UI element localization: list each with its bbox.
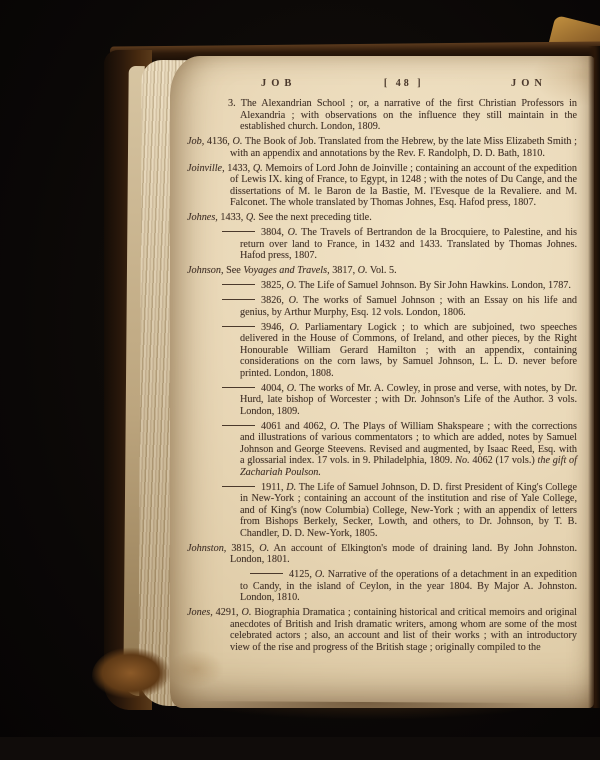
ditto-dash-icon [250, 573, 283, 574]
entry-text: 3946, [261, 322, 289, 333]
entry-italic-text: O. [288, 227, 298, 238]
ditto-dash-icon [222, 425, 255, 426]
ditto-dash-icon [222, 387, 255, 388]
book-bottom-shadow [150, 701, 582, 725]
catalog-entry: Job, 4136, O. The Book of Job. Translate… [187, 136, 577, 159]
entry-text: 1433, [218, 212, 246, 223]
entry-italic-text: O. [287, 383, 297, 394]
entry-text: 3817, [330, 265, 358, 276]
book-page: JOB [ 48 ] JON 3. The Alexandrian School… [170, 56, 594, 708]
entry-italic-text: Voyages and Travels, [243, 265, 329, 276]
entry-italic-text: O. [289, 322, 299, 333]
entry-text: 3825, [261, 280, 286, 291]
entry-text: 3826, [261, 295, 289, 306]
entry-text: 4136, [204, 136, 232, 147]
entry-italic-text: O. [315, 569, 325, 580]
ditto-dash-icon [222, 299, 255, 300]
catalog-entry: 3804, O. The Travels of Bertrandon de la… [187, 227, 577, 262]
entry-text: Memoirs of Lord John de Joinville ; cont… [230, 163, 577, 209]
running-head-left: JOB [261, 78, 296, 89]
entry-text: The Life of Samuel Johnson. By Sir John … [296, 280, 571, 291]
page-number: [ 48 ] [384, 78, 424, 89]
entry-text: 4125, [289, 569, 315, 580]
entry-text: See the next preceding title. [256, 212, 372, 223]
catalog-entry: Jones, 4291, O. Biographia Dramatica ; c… [187, 607, 577, 653]
catalog-entry: 3825, O. The Life of Samuel Johnson. By … [187, 280, 577, 292]
entry-text: 4291, [213, 607, 242, 618]
running-head-right: JON [511, 78, 547, 89]
ditto-dash-icon [222, 231, 255, 232]
page-gutter-shadow [588, 46, 600, 708]
catalog-entry: Johnson, See Voyages and Travels, 3817, … [187, 265, 577, 277]
entry-italic-text: O. [259, 543, 269, 554]
catalog-entry: 3. The Alexandrian School ; or, a narrat… [187, 98, 577, 133]
ditto-dash-icon [222, 326, 255, 327]
entry-italic-text: O. [286, 280, 296, 291]
cover-corner-wear [92, 646, 178, 706]
entry-italic-text: O. [233, 136, 243, 147]
entry-italic-text: Johnston, [187, 543, 226, 554]
entry-italic-text: Jones, [187, 607, 213, 618]
entry-italic-text: O. [242, 607, 252, 618]
ditto-dash-icon [222, 486, 255, 487]
entry-text: 3815, [226, 543, 259, 554]
entry-italic-text: Johnes, [187, 212, 218, 223]
catalog-entry: Johnston, 3815, O. An account of Elkingt… [187, 543, 577, 566]
entry-text: Vol. 5. [368, 265, 397, 276]
catalog-entry: 4125, O. Narrative of the operations of … [187, 569, 577, 604]
entry-text: An account of Elkington's mode of draini… [230, 543, 577, 566]
entry-text: See [224, 265, 244, 276]
entry-text: 4062 (17 vols.) [470, 455, 538, 466]
table-edge [0, 737, 600, 760]
entry-italic-text: O. [289, 295, 299, 306]
catalog-entry: 3826, O. The works of Samuel Johnson ; w… [187, 295, 577, 318]
entry-text: 1433, [225, 163, 253, 174]
catalog-entry: 3946, O. Parliamentary Logick ; to which… [187, 322, 577, 380]
entry-text: 1911, [261, 482, 286, 493]
entries-list: 3. The Alexandrian School ; or, a narrat… [187, 98, 577, 653]
entry-italic-text: O. [330, 421, 340, 432]
catalog-entry: Johnes, 1433, Q. See the next preceding … [187, 212, 577, 224]
catalog-entry: Joinville, 1433, Q. Memoirs of Lord John… [187, 163, 577, 209]
ditto-dash-icon [222, 284, 255, 285]
entry-text: 4004, [261, 383, 287, 394]
catalog-entry: 4061 and 4062, O. The Plays of William S… [187, 421, 577, 479]
entry-italic-text: No. [455, 455, 469, 466]
entry-text: 4061 and 4062, [261, 421, 330, 432]
entry-italic-text: Johnson, [187, 265, 224, 276]
photo-backdrop: JOB [ 48 ] JON 3. The Alexandrian School… [0, 0, 600, 760]
entry-italic-text: Joinville, [187, 163, 225, 174]
entry-text: Biographia Dramatica ; containing histor… [230, 607, 577, 653]
entry-text: 3804, [261, 227, 288, 238]
catalog-entry: 4004, O. The works of Mr. A. Cowley, in … [187, 383, 577, 418]
entry-italic-text: Q. [253, 163, 263, 174]
entry-italic-text: Job, [187, 136, 204, 147]
entry-italic-text: D. [286, 482, 296, 493]
entry-text: The Book of Job. Translated from the Heb… [230, 136, 577, 159]
running-head: JOB [ 48 ] JON [187, 78, 577, 89]
catalog-entry: 1911, D. The Life of Samuel Johnson, D. … [187, 482, 577, 540]
entry-text: 3. The Alexandrian School ; or, a narrat… [228, 98, 577, 132]
entry-italic-text: Q. [246, 212, 256, 223]
printed-page: JOB [ 48 ] JON 3. The Alexandrian School… [170, 56, 594, 708]
entry-italic-text: O. [358, 265, 368, 276]
